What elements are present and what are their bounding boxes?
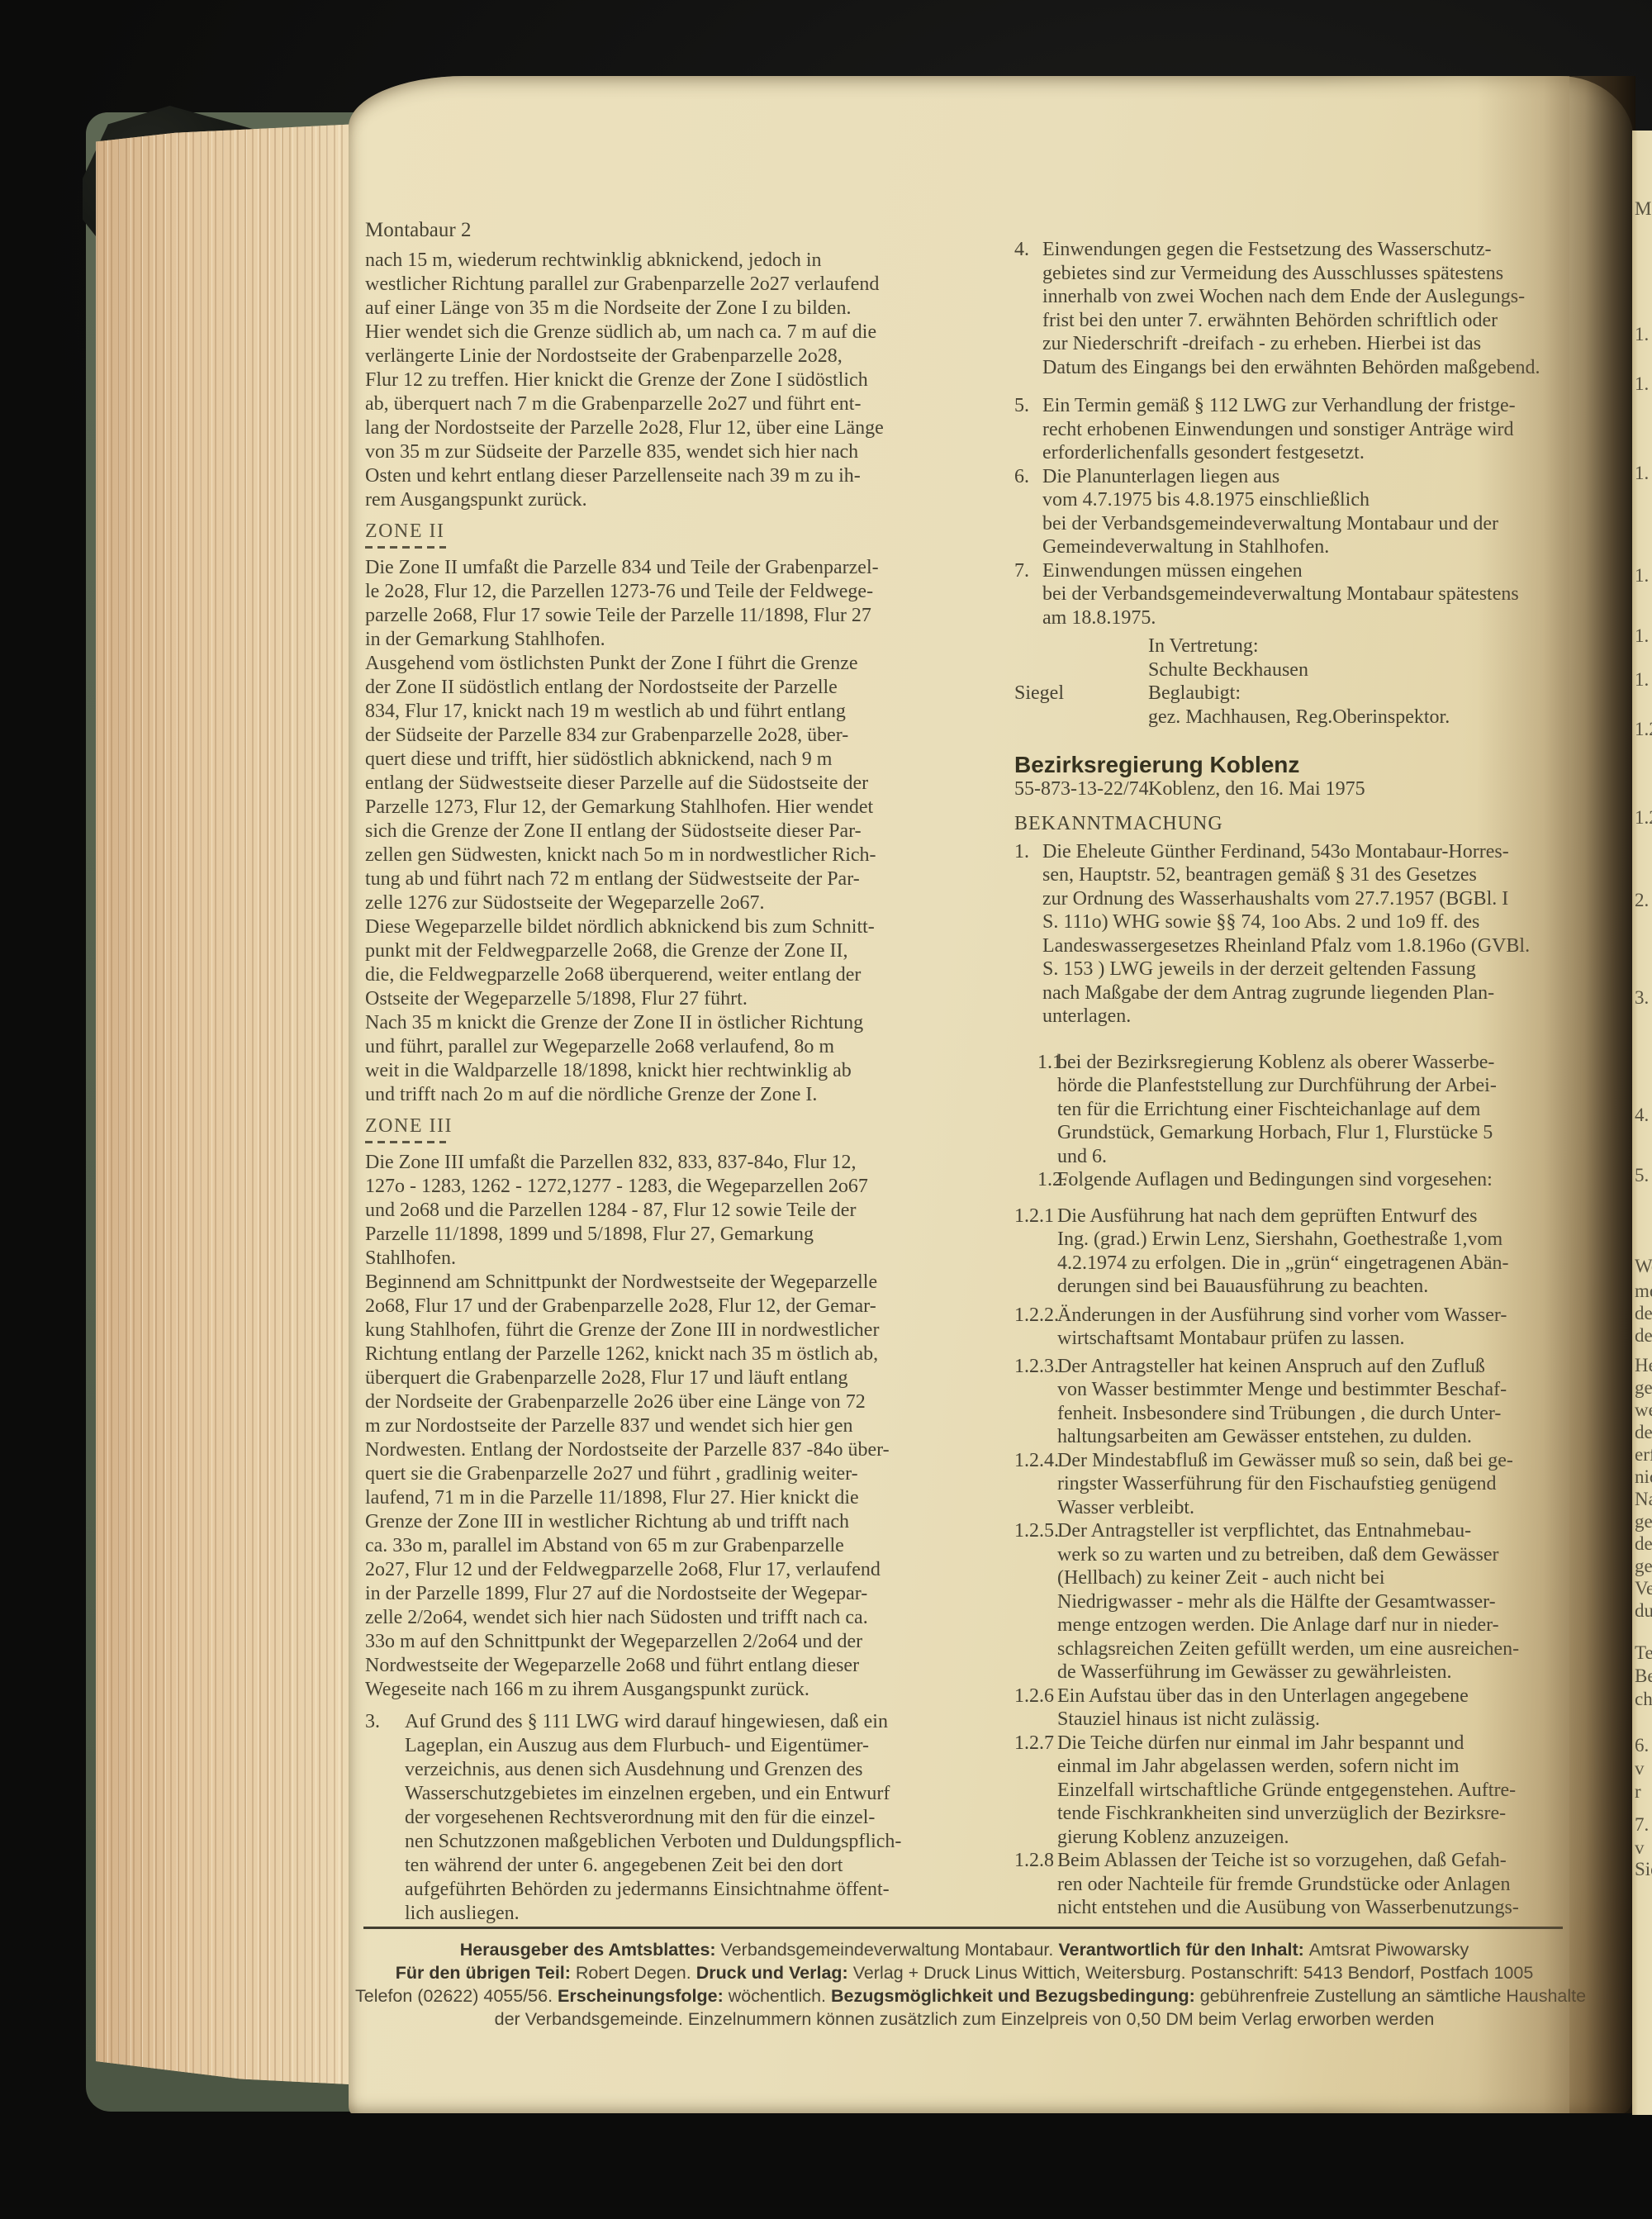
text-line: sich die Grenze der Zone II entlang der …: [365, 820, 1021, 843]
text-line: auf einer Länge von 35 m die Nordseite d…: [365, 297, 1021, 321]
next-page-text-fragment: weg: [1635, 1399, 1652, 1421]
text-line: ren oder Nachteile für fremde Grundstück…: [1057, 1873, 1593, 1897]
footer-label: Verantwortlich für den Inhalt:: [1058, 1940, 1308, 1960]
next-page-text-fragment: 1.: [1635, 565, 1649, 587]
item-number: 1.2.5.: [1014, 1519, 1059, 1543]
next-page-text-fragment: 1.: [1635, 669, 1649, 691]
text-line: gebietes sind zur Vermeidung des Ausschl…: [1042, 262, 1593, 286]
item-text: Ein Aufstau über das in den Unterlagen a…: [1057, 1684, 1593, 1732]
text-line: werk so zu warten und zu betreiben, daß …: [1057, 1543, 1593, 1567]
text-line: rem Ausgangspunkt zurück.: [365, 488, 1021, 512]
text-line: 4.2.1974 zu erfolgen. Die in „grün“ eing…: [1057, 1252, 1593, 1276]
sub-item-1-2-8: 1.2.8 Beim Ablassen der Teiche ist so vo…: [1014, 1849, 1593, 1920]
text-line: Einwendungen müssen eingehen: [1042, 559, 1593, 583]
text-line: 33o m auf den Schnittpunkt der Wegeparze…: [365, 1630, 1021, 1654]
text-line: hörde die Planfeststellung zur Durchführ…: [1057, 1074, 1593, 1098]
bekanntmachung-heading: BEKANNTMACHUNG: [1014, 812, 1593, 836]
text-line: derungen sind bei Bauausführung zu beach…: [1057, 1275, 1593, 1299]
text-line: nach Maßgabe der dem Antrag zugrunde lie…: [1042, 981, 1593, 1005]
text-line: de Wasserführung im Gewässer zu gewährle…: [1057, 1661, 1593, 1684]
list-item-6: 6. Die Planunterlagen liegen ausvom 4.7.…: [1014, 465, 1593, 559]
text-line: 2o68, Flur 17 und der Grabenparzelle 2o2…: [365, 1295, 1021, 1319]
text-line: Parzelle 11/1898, 1899 und 5/1898, Flur …: [365, 1223, 1021, 1247]
text-line: Flur 12 zu treffen. Hier knickt die Gren…: [365, 368, 1021, 392]
text-line: entlang der Südwestseite dieser Parzelle…: [365, 772, 1021, 796]
text-line: Beginnend am Schnittpunkt der Nordwestse…: [365, 1271, 1021, 1295]
next-page-text-fragment: gem: [1635, 1556, 1652, 1577]
footer-text: der Verbandsgemeinde. Einzelnummern könn…: [495, 2009, 1435, 2029]
text-line: Ing. (grad.) Erwin Lenz, Siershahn, Goet…: [1057, 1228, 1593, 1252]
text-line: einmal im Jahr abgelassen werden, sofern…: [1057, 1755, 1593, 1779]
text-line: aufgeführten Behörden zu jedermanns Eins…: [405, 1878, 1021, 1902]
item-number: 1.: [1014, 840, 1029, 864]
text-line: Die Zone III umfaßt die Parzellen 832, 8…: [365, 1151, 1021, 1175]
next-page-text-fragment: der: [1635, 1422, 1652, 1443]
list-item-4: 4. Einwendungen gegen die Festsetzung de…: [1014, 238, 1593, 379]
item-text: Die Eheleute Günther Ferdinand, 543o Mon…: [1042, 840, 1593, 1029]
item-text: Einwendungen gegen die Festsetzung des W…: [1042, 238, 1593, 379]
item-number: 1.2.6: [1014, 1684, 1054, 1708]
footer-rule: [363, 1927, 1563, 1929]
sub-item-1-2-2: 1.2.2. Änderungen in der Ausführung sind…: [1014, 1304, 1593, 1351]
item-text: Ein Termin gemäß § 112 LWG zur Verhandlu…: [1042, 394, 1593, 465]
seal-label: Siegel: [1014, 682, 1148, 706]
text-line: menge entzogen werden. Die Anlage darf n…: [1057, 1613, 1593, 1637]
sub-item-1-2-7: 1.2.7 Die Teiche dürfen nur einmal im Ja…: [1014, 1732, 1593, 1850]
zone2-heading: ZONE II: [365, 520, 1021, 544]
text-line: weit in die Waldparzelle 18/1898, knickt…: [365, 1059, 1021, 1083]
text-line: Parzelle 1273, Flur 12, der Gemarkung St…: [365, 796, 1021, 820]
org-heading: Bezirksregierung Koblenz: [1014, 753, 1593, 777]
signature-attestation: gez. Machhausen, Reg.Oberinspektor.: [1148, 706, 1593, 729]
text-line: nicht entstehen und die Ausübung von Was…: [1057, 1896, 1593, 1920]
next-page-text-fragment: 7. F: [1635, 1814, 1652, 1836]
footer-text: Verbandsgemeindeverwaltung Montabaur.: [721, 1940, 1059, 1960]
text-line: und 6.: [1057, 1145, 1593, 1169]
item-number: 5.: [1014, 394, 1029, 418]
footer-label: Bezugsmöglichkeit und Bezugsbedingung:: [831, 1986, 1200, 2006]
sub-item-1-2-6: 1.2.6 Ein Aufstau über das in den Unterl…: [1014, 1684, 1593, 1732]
text-line: (Hellbach) zu keiner Zeit - auch nicht b…: [1057, 1566, 1593, 1590]
next-page-text-fragment: 3.: [1635, 987, 1649, 1009]
text-line: S. 111o) WHG sowie §§ 74, 1oo Abs. 2 und…: [1042, 910, 1593, 934]
text-line: Der Antragsteller ist verpflichtet, das …: [1057, 1519, 1593, 1543]
text-line: bei der Bezirksregierung Koblenz als obe…: [1057, 1051, 1593, 1075]
text-line: Grenze der Zone III in westlicher Richtu…: [365, 1510, 1021, 1534]
next-page-text-fragment: 6. I: [1635, 1735, 1652, 1756]
signature-in-vertretung: In Vertretung:: [1148, 634, 1593, 658]
item-text: Beim Ablassen der Teiche ist so vorzugeh…: [1057, 1849, 1593, 1920]
sub-item-1-2-5: 1.2.5. Der Antragsteller ist verpflichte…: [1014, 1519, 1593, 1684]
next-page-text-fragment: 5.: [1635, 1165, 1649, 1186]
item-number: 1.2.4.: [1014, 1449, 1059, 1473]
text-line: zellen gen Südwesten, knickt nach 5o m i…: [365, 843, 1021, 867]
beglaubigt-label: Beglaubigt:: [1148, 682, 1241, 706]
signature-block: In Vertretung: Schulte Beckhausen Siegel…: [1014, 634, 1593, 729]
sub-item-1-2-1: 1.2.1 Die Ausführung hat nach dem geprüf…: [1014, 1205, 1593, 1299]
footer-text: Telefon (02622) 4055/56.: [355, 1986, 558, 2006]
footer-line: Für den übrigen Teil: Robert Degen. Druc…: [355, 1961, 1574, 1984]
text-line: sen, Hauptstr. 52, beantragen gemäß § 31…: [1042, 863, 1593, 887]
list-item-1: 1. Die Eheleute Günther Ferdinand, 543o …: [1014, 840, 1593, 1029]
next-page-sliver: M1.1.1.1.1.1.1.21.22.3.4.5.WemederderHer…: [1632, 131, 1652, 2115]
text-line: Die Eheleute Günther Ferdinand, 543o Mon…: [1042, 840, 1593, 864]
text-line: frist bei den unter 7. erwähnten Behörde…: [1042, 309, 1593, 333]
item-number: 1.2.1: [1014, 1205, 1054, 1228]
item-text: Der Mindestabfluß im Gewässer muß so sei…: [1057, 1449, 1593, 1520]
next-page-text-fragment: 2.: [1635, 890, 1649, 911]
text-line: und führt, parallel zur Wegeparzelle 2o6…: [365, 1035, 1021, 1059]
text-line: Stahlhofen.: [365, 1247, 1021, 1271]
footer-line: Herausgeber des Amtsblattes: Verbandsgem…: [355, 1938, 1574, 1961]
sub-item-1-1: 1.1. bei der Bezirksregierung Koblenz al…: [1014, 1051, 1593, 1169]
text-line: Ein Aufstau über das in den Unterlagen a…: [1057, 1684, 1593, 1708]
next-page-text-fragment: 1.: [1635, 373, 1649, 395]
text-line: Stauziel hinaus ist nicht zulässig.: [1057, 1708, 1593, 1732]
text-line: zur Niederschrift -dreifach - zu erheben…: [1042, 332, 1593, 356]
text-line: am 18.8.1975.: [1042, 606, 1593, 630]
footer-text: Verlag + Druck Linus Wittich, Weitersbur…: [853, 1963, 1534, 1983]
text-line: der Zone II südöstlich entlang der Nordo…: [365, 676, 1021, 700]
item-number: 1.2.2.: [1014, 1304, 1059, 1328]
text-line: Wegeseite nach 166 m zu ihrem Ausgangspu…: [365, 1678, 1021, 1702]
intro-paragraph: nach 15 m, wiederum rechtwinklig abknick…: [365, 249, 1021, 512]
footer-text: wöchentlich.: [729, 1986, 831, 2006]
next-page-text-fragment: dun: [1635, 1600, 1652, 1622]
item-number: 4.: [1014, 238, 1029, 262]
text-line: schlagsreichen Zeiten gefüllt werden, um…: [1057, 1637, 1593, 1661]
next-page-text-fragment: We: [1635, 1256, 1652, 1277]
next-page-text-fragment: v: [1635, 1837, 1645, 1859]
text-line: Die Zone II umfaßt die Parzelle 834 und …: [365, 556, 1021, 580]
text-line: verlängerte Linie der Nordostseite der G…: [365, 344, 1021, 368]
text-line: ringster Wasserführung für den Fischaufs…: [1057, 1472, 1593, 1496]
dashed-underline: [365, 546, 446, 549]
zone3-paragraph: Die Zone III umfaßt die Parzellen 832, 8…: [365, 1151, 1021, 1702]
text-line: die, die Feldwegparzelle 2o68 überqueren…: [365, 963, 1021, 987]
text-line: in der Gemarkung Stahlhofen.: [365, 628, 1021, 652]
list-item-7: 7. Einwendungen müssen eingehenbei der V…: [1014, 559, 1593, 630]
text-line: ca. 33o m, parallel im Abstand von 65 m …: [365, 1534, 1021, 1558]
text-line: zelle 1276 zur Südostseite der Wegeparze…: [365, 891, 1021, 915]
footer-label: Erscheinungsfolge:: [558, 1986, 729, 2006]
page-edge-stack: [96, 124, 360, 2097]
text-line: Ein Termin gemäß § 112 LWG zur Verhandlu…: [1042, 394, 1593, 418]
sub-item-1-2-4: 1.2.4. Der Mindestabfluß im Gewässer muß…: [1014, 1449, 1593, 1520]
text-line: erforderlichenfalls gesondert festgesetz…: [1042, 441, 1593, 465]
text-line: lich ausliegen.: [405, 1902, 1021, 1926]
text-line: Folgende Auflagen und Bedingungen sind v…: [1057, 1168, 1593, 1192]
text-line: punkt mit der Feldwegparzelle 2o68, die …: [365, 939, 1021, 963]
footer-line: der Verbandsgemeinde. Einzelnummern könn…: [355, 2008, 1574, 2031]
text-line: tung ab und führt nach 72 m entlang der …: [365, 867, 1021, 891]
next-page-text-fragment: M: [1635, 198, 1651, 220]
next-page-text-fragment: Ter: [1635, 1642, 1652, 1664]
next-page-text-fragment: der: [1635, 1533, 1652, 1555]
text-line: verzeichnis, aus denen sich Ausdehnung u…: [405, 1758, 1021, 1782]
text-line: kung Stahlhofen, führt die Grenze der Zo…: [365, 1319, 1021, 1342]
footer-line: Telefon (02622) 4055/56. Erscheinungsfol…: [355, 1984, 1574, 2008]
next-page-text-fragment: der: [1635, 1325, 1652, 1347]
text-line: Beim Ablassen der Teiche ist so vorzugeh…: [1057, 1849, 1593, 1873]
next-page-text-fragment: Ver: [1635, 1578, 1652, 1599]
text-line: Niedrigwasser - mehr als die Hälfte der …: [1057, 1590, 1593, 1614]
text-line: zelle 2/2o64, wendet sich hier nach Südo…: [365, 1606, 1021, 1630]
sub-item-1-2-3: 1.2.3. Der Antragsteller hat keinen Ansp…: [1014, 1355, 1593, 1449]
text-line: Die Teiche dürfen nur einmal im Jahr bes…: [1057, 1732, 1593, 1756]
item-text: Die Ausführung hat nach dem geprüften En…: [1057, 1205, 1593, 1299]
item-text: Der Antragsteller ist verpflichtet, das …: [1057, 1519, 1593, 1684]
text-line: Richtung entlang der Parzelle 1262, knic…: [365, 1342, 1021, 1366]
item-text: Der Antragsteller hat keinen Anspruch au…: [1057, 1355, 1593, 1449]
zone2-paragraph: Die Zone II umfaßt die Parzelle 834 und …: [365, 556, 1021, 1107]
next-page-text-fragment: 1.: [1635, 324, 1649, 345]
next-page-text-fragment: Nac: [1635, 1489, 1652, 1510]
next-page-text-fragment: nich: [1635, 1466, 1652, 1488]
next-page-text-fragment: gese: [1635, 1511, 1652, 1532]
text-line: Wasserschutzgebietes im einzelnen ergebe…: [405, 1782, 1021, 1806]
text-line: S. 153 ) LWG jeweils in der derzeit gelt…: [1042, 957, 1593, 981]
item-number: 1.2.7: [1014, 1732, 1054, 1756]
text-line: Nordwesten. Entlang der Nordostseite der…: [365, 1438, 1021, 1462]
text-line: zur Ordnung des Wasserhaushalts vom 27.7…: [1042, 887, 1593, 911]
text-line: von 35 m zur Südseite der Parzelle 835, …: [365, 440, 1021, 464]
text-line: haltungsarbeiten am Gewässer entstehen, …: [1057, 1425, 1593, 1449]
text-line: der vorgesehenen Rechtsverordnung mit de…: [405, 1806, 1021, 1830]
text-line: quert sie die Grabenparzelle 2o27 und fü…: [365, 1462, 1021, 1486]
reference-row: 55-873-13-22/74 Koblenz, den 16. Mai 197…: [1014, 777, 1593, 801]
text-line: Einwendungen gegen die Festsetzung des W…: [1042, 238, 1593, 262]
next-page-text-fragment: 1.: [1635, 463, 1649, 484]
footer-text: Robert Degen.: [576, 1963, 696, 1983]
next-page-text-fragment: r: [1635, 1781, 1641, 1803]
footer-text: gebührenfreie Zustellung an sämtliche Ha…: [1200, 1986, 1586, 2006]
text-line: bei der Verbandsgemeindeverwaltung Monta…: [1042, 582, 1593, 606]
next-page-text-fragment: erfü: [1635, 1444, 1652, 1466]
text-line: 834, Flur 17, knickt nach 19 m westlich …: [365, 700, 1021, 724]
next-page-text-fragment: v: [1635, 1758, 1645, 1779]
text-line: m zur Nordostseite der Parzelle 837 und …: [365, 1414, 1021, 1438]
text-line: Änderungen in der Ausführung sind vorher…: [1057, 1304, 1593, 1328]
text-line: bei der Verbandsgemeindeverwaltung Monta…: [1042, 512, 1593, 536]
text-line: le 2o28, Flur 12, die Parzellen 1273-76 …: [365, 580, 1021, 604]
item-text: Folgende Auflagen und Bedingungen sind v…: [1057, 1168, 1593, 1192]
text-line: 127o - 1283, 1262 - 1272,1277 - 1283, di…: [365, 1175, 1021, 1199]
text-line: Einzelfall wirtschaftliche Gründe entgeg…: [1057, 1779, 1593, 1803]
item-number: 1.2.: [1037, 1168, 1067, 1192]
list-item-3: 3. Auf Grund des § 111 LWG wird darauf h…: [365, 1710, 1021, 1926]
right-column: 4. Einwendungen gegen die Festsetzung de…: [1014, 238, 1593, 1920]
text-line: lang der Nordostseite der Parzelle 2o28,…: [365, 416, 1021, 440]
text-line: vom 4.7.1975 bis 4.8.1975 einschließlich: [1042, 488, 1593, 512]
text-line: Ostseite der Wegeparzelle 5/1898, Flur 2…: [365, 987, 1021, 1011]
item-text: Auf Grund des § 111 LWG wird darauf hing…: [405, 1710, 1021, 1926]
text-line: Lageplan, ein Auszug aus dem Flurbuch- u…: [405, 1734, 1021, 1758]
text-line: nach 15 m, wiederum rechtwinklig abknick…: [365, 249, 1021, 273]
item-text: Einwendungen müssen eingehenbei der Verb…: [1042, 559, 1593, 630]
item-text: Änderungen in der Ausführung sind vorher…: [1057, 1304, 1593, 1351]
footer-label: Für den übrigen Teil:: [396, 1963, 576, 1983]
text-line: Landeswassergesetzes Rheinland Pfalz vom…: [1042, 934, 1593, 958]
text-line: ten für die Errichtung einer Fischteicha…: [1057, 1098, 1593, 1122]
text-line: Die Ausführung hat nach dem geprüften En…: [1057, 1205, 1593, 1228]
footer-text: Amtsrat Piwowarsky: [1309, 1940, 1469, 1960]
signature-name: Schulte Beckhausen: [1148, 658, 1593, 682]
text-line: ab, überquert nach 7 m die Grabenparzell…: [365, 392, 1021, 416]
item-number: 6.: [1014, 465, 1029, 489]
text-line: Nach 35 m knickt die Grenze der Zone II …: [365, 1011, 1021, 1035]
signature-row: Siegel Beglaubigt:: [1014, 682, 1593, 706]
page-footer: Herausgeber des Amtsblattes: Verbandsgem…: [355, 1938, 1574, 2031]
text-line: quert diese und trifft, hier südöstlich …: [365, 748, 1021, 772]
text-line: überquert die Grabenparzelle 2o28, Flur …: [365, 1366, 1021, 1390]
text-line: Hier wendet sich die Grenze südlich ab, …: [365, 321, 1021, 344]
page-header: Montabaur 2: [365, 218, 1021, 242]
text-line: laufend, 71 m in die Parzelle 11/1898, F…: [365, 1486, 1021, 1510]
text-line: 2o27, Flur 12 und der Feldwegparzelle 2o…: [365, 1558, 1021, 1582]
item-number: 1.1.: [1037, 1051, 1067, 1075]
next-page-text-fragment: 1.2: [1635, 719, 1652, 740]
text-line: Datum des Eingangs bei den erwähnten Beh…: [1042, 356, 1593, 380]
next-page-text-fragment: Her: [1635, 1355, 1652, 1376]
text-line: Diese Wegeparzelle bildet nördlich abkni…: [365, 915, 1021, 939]
left-column: Montabaur 2 nach 15 m, wiederum rechtwin…: [365, 218, 1021, 1926]
text-line: und 2o68 und die Parzellen 1284 - 87, Fl…: [365, 1199, 1021, 1223]
text-line: recht erhobenen Einwendungen und sonstig…: [1042, 418, 1593, 442]
footer-label: Druck und Verlag:: [696, 1963, 853, 1983]
text-line: Grundstück, Gemarkung Horbach, Flur 1, F…: [1057, 1121, 1593, 1145]
next-page-text-fragment: der: [1635, 1303, 1652, 1324]
item-text: Die Teiche dürfen nur einmal im Jahr bes…: [1057, 1732, 1593, 1850]
text-line: Osten und kehrt entlang dieser Parzellen…: [365, 464, 1021, 488]
list-item-5: 5. Ein Termin gemäß § 112 LWG zur Verhan…: [1014, 394, 1593, 465]
item-number: 7.: [1014, 559, 1029, 583]
item-number: 1.2.8: [1014, 1849, 1054, 1873]
text-line: Ausgehend vom östlichsten Punkt der Zone…: [365, 652, 1021, 676]
text-line: fenheit. Insbesondere sind Trübungen , d…: [1057, 1402, 1593, 1426]
text-line: tende Fischkrankheiten sind unverzüglich…: [1057, 1802, 1593, 1826]
sub-item-1-2: 1.2. Folgende Auflagen und Bedingungen s…: [1014, 1168, 1593, 1192]
next-page-text-fragment: ger:: [1635, 1377, 1652, 1399]
text-line: parzelle 2o68, Flur 17 sowie Teile der P…: [365, 604, 1021, 628]
item-text: Die Planunterlagen liegen ausvom 4.7.197…: [1042, 465, 1593, 559]
text-line: gierung Koblenz anzuzeigen.: [1057, 1826, 1593, 1850]
text-line: Nordwestseite der Wegeparzelle 2o68 und …: [365, 1654, 1021, 1678]
zone3-heading: ZONE III: [365, 1114, 1021, 1138]
text-line: der Südseite der Parzelle 834 zur Graben…: [365, 724, 1021, 748]
text-line: westlicher Richtung parallel zur Grabenp…: [365, 273, 1021, 297]
text-line: von Wasser bestimmter Menge und bestimmt…: [1057, 1378, 1593, 1402]
text-line: innerhalb von zwei Wochen nach dem Ende …: [1042, 285, 1593, 309]
dashed-underline: [365, 1141, 446, 1143]
item-number: 3.: [365, 1710, 380, 1734]
place-date: Koblenz, den 16. Mai 1975: [1148, 777, 1365, 801]
text-line: und trifft nach 2o m auf die nördliche G…: [365, 1083, 1021, 1107]
next-page-text-fragment: 4.: [1635, 1105, 1649, 1126]
text-line: wirtschaftsamt Montabaur prüfen zu lasse…: [1057, 1327, 1593, 1351]
text-line: nen Schutzzonen maßgeblichen Verboten un…: [405, 1830, 1021, 1854]
item-number: 1.2.3.: [1014, 1355, 1059, 1379]
next-page-text-fragment: 1.: [1635, 625, 1649, 647]
text-line: der Nordseite der Grabenparzelle 2o26 üb…: [365, 1390, 1021, 1414]
text-line: Der Mindestabfluß im Gewässer muß so sei…: [1057, 1449, 1593, 1473]
text-line: in der Parzelle 1899, Flur 27 auf die No…: [365, 1582, 1021, 1606]
text-line: Gemeindeverwaltung in Stahlhofen.: [1042, 535, 1593, 559]
text-line: Die Planunterlagen liegen aus: [1042, 465, 1593, 489]
next-page-text-fragment: me: [1635, 1281, 1652, 1302]
next-page-text-fragment: Bet: [1635, 1665, 1652, 1687]
next-page-text-fragment: 1.2: [1635, 807, 1652, 829]
next-page-text-fragment: Sieg: [1635, 1859, 1652, 1880]
text-line: Der Antragsteller hat keinen Anspruch au…: [1057, 1355, 1593, 1379]
footer-label: Herausgeber des Amtsblattes:: [460, 1940, 721, 1960]
text-line: Wasser verbleibt.: [1057, 1496, 1593, 1520]
next-page-text-fragment: che: [1635, 1689, 1652, 1710]
item-text: bei der Bezirksregierung Koblenz als obe…: [1057, 1051, 1593, 1169]
text-line: ten während der unter 6. angegebenen Zei…: [405, 1854, 1021, 1878]
file-reference: 55-873-13-22/74: [1014, 777, 1148, 801]
book-photo: Montabaur 2 nach 15 m, wiederum rechtwin…: [0, 0, 1652, 2219]
text-line: Auf Grund des § 111 LWG wird darauf hing…: [405, 1710, 1021, 1734]
text-line: unterlagen.: [1042, 1005, 1593, 1029]
